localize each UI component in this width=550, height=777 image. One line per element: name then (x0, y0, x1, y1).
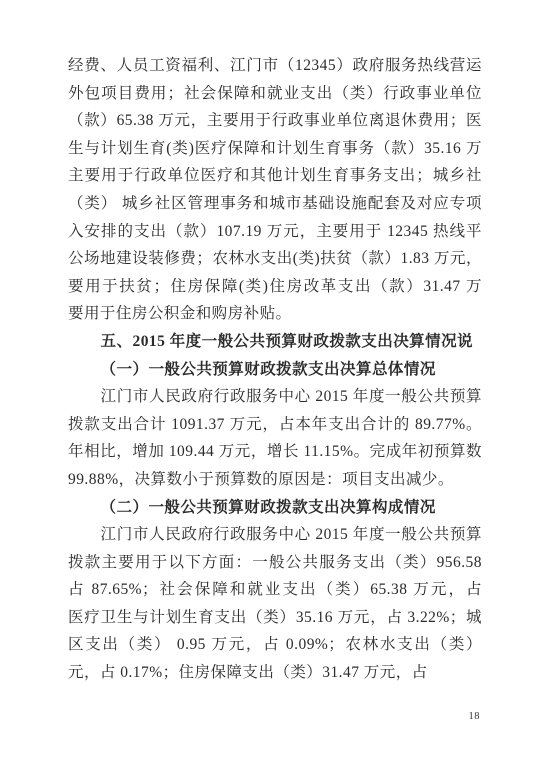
subsection2-heading: （二）一般公共预算财政拨款支出决算构成情况 (68, 494, 482, 522)
text-line: 入安排的支出（款）107.19 万元，主要用于 12345 热线平台办 (68, 218, 482, 246)
text-line: 99.88%，决算数小于预算数的原因是：项目支出减少。 (68, 466, 482, 494)
text-line: 主要用于行政单位医疗和其他计划生育事务支出；城乡社区支出 (68, 162, 482, 190)
text-line: 年相比，增加 109.44 万元，增长 11.15%。完成年初预算数的 (68, 438, 482, 466)
text-line: 要用于住房公积金和购房补贴。 (68, 300, 482, 328)
text-line: 占 87.65%；社会保障和就业支出（类）65.38 万元，占 5.99%； (68, 576, 482, 604)
text-line: 生与计划生育(类)医疗保障和计划生育事务（款）35.16 万元， (68, 135, 482, 163)
text-line: （类） 城乡社区管理事务和城市基础设施配套及对应专项债务收 (68, 190, 482, 218)
paragraph-overall-situation: 江门市人民政府行政服务中心 2015 年度一般公共预算财政 拨款支出合计 109… (68, 383, 482, 493)
text-line: 江门市人民政府行政服务中心 2015 年度一般公共预算财政 (68, 383, 482, 411)
text-line: 拨款支出合计 1091.37 万元，占本年支出合计的 89.77%。与 2014 (68, 411, 482, 439)
text-line: 外包项目费用；社会保障和就业支出（类）行政事业单位离退休 (68, 80, 482, 108)
text-line: 要用于扶贫；住房保障(类)住房改革支出（款）31.47 万元，主 (68, 273, 482, 301)
text-line: 医疗卫生与计划生育支出（类）35.16 万元，占 3.22%；城乡社 (68, 604, 482, 632)
text-line: （款）65.38 万元，主要用于行政事业单位离退休费用；医疗卫 (68, 107, 482, 135)
text-line: 元，占 0.17%；住房保障支出（类）31.47 万元，占 2.88%。 (68, 659, 482, 687)
page-number: 18 (469, 711, 481, 722)
text-line: 经费、人员工资福利、江门市（12345）政府服务热线营运合同 (68, 52, 482, 80)
document-text-block: 经费、人员工资福利、江门市（12345）政府服务热线营运合同 外包项目费用；社会… (68, 52, 482, 687)
paragraph-composition-situation: 江门市人民政府行政服务中心 2015 年度一般公共预算财政 拨款主要用于以下方面… (68, 521, 482, 687)
text-line: 区支出（类） 0.95 万元，占 0.09%；农林水支出（类）1.83 万 (68, 631, 482, 659)
text-line: 拨款主要用于以下方面：一般公共服务支出（类）956.58 万元， (68, 549, 482, 577)
subsection1-heading: （一）一般公共预算财政拨款支出决算总体情况 (68, 356, 482, 384)
document-page: 经费、人员工资福利、江门市（12345）政府服务热线营运合同 外包项目费用；社会… (0, 0, 550, 777)
text-line: 江门市人民政府行政服务中心 2015 年度一般公共预算财政 (68, 521, 482, 549)
section5-heading: 五、2015 年度一般公共预算财政拨款支出决算情况说明 (68, 328, 482, 356)
paragraph-budget-expenditure-detail: 经费、人员工资福利、江门市（12345）政府服务热线营运合同 外包项目费用；社会… (68, 52, 482, 328)
text-line: 公场地建设装修费；农林水支出(类)扶贫（款）1.83 万元，主 (68, 245, 482, 273)
